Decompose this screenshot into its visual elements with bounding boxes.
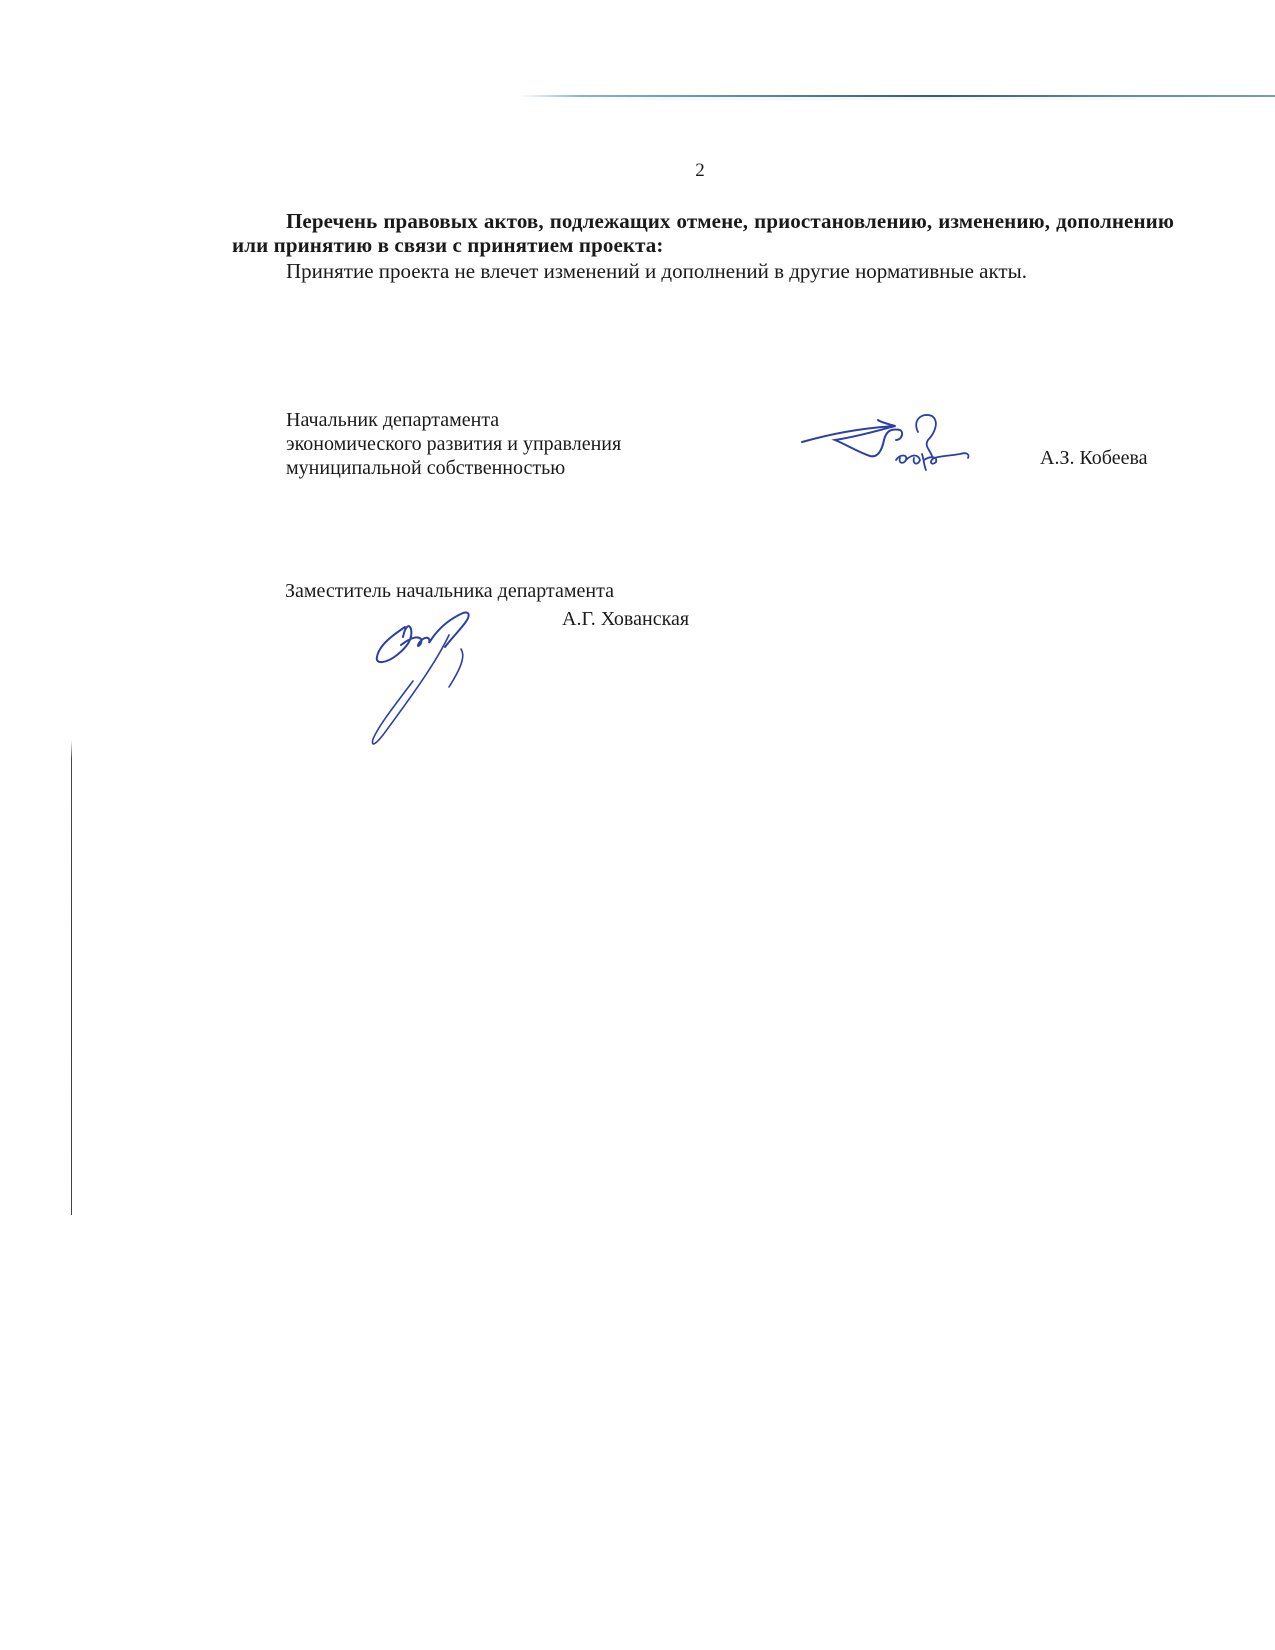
scan-edge-line-top	[520, 95, 1275, 97]
page-number: 2	[688, 160, 712, 182]
signatory-1-title-line: экономического развития и управления	[286, 432, 746, 456]
legal-acts-section: Перечень правовых актов, подлежащих отме…	[232, 209, 1174, 283]
signatory-1-name: А.З. Кобеева	[1040, 446, 1148, 470]
signatory-2-name: А.Г. Хованская	[562, 607, 689, 631]
signature-1-icon	[800, 410, 980, 480]
signature-2-icon	[365, 605, 485, 750]
signatory-1-title-line: муниципальной собственностью	[286, 456, 746, 480]
signatory-1-title: Начальник департамента экономического ра…	[286, 408, 746, 480]
signatory-1-title-line: Начальник департамента	[286, 408, 746, 432]
scan-edge-line-left	[71, 740, 72, 1215]
section-body: Принятие проекта не влечет изменений и д…	[232, 259, 1174, 283]
signatory-2-title: Заместитель начальника департамента	[285, 579, 614, 603]
section-heading: Перечень правовых актов, подлежащих отме…	[232, 209, 1174, 257]
